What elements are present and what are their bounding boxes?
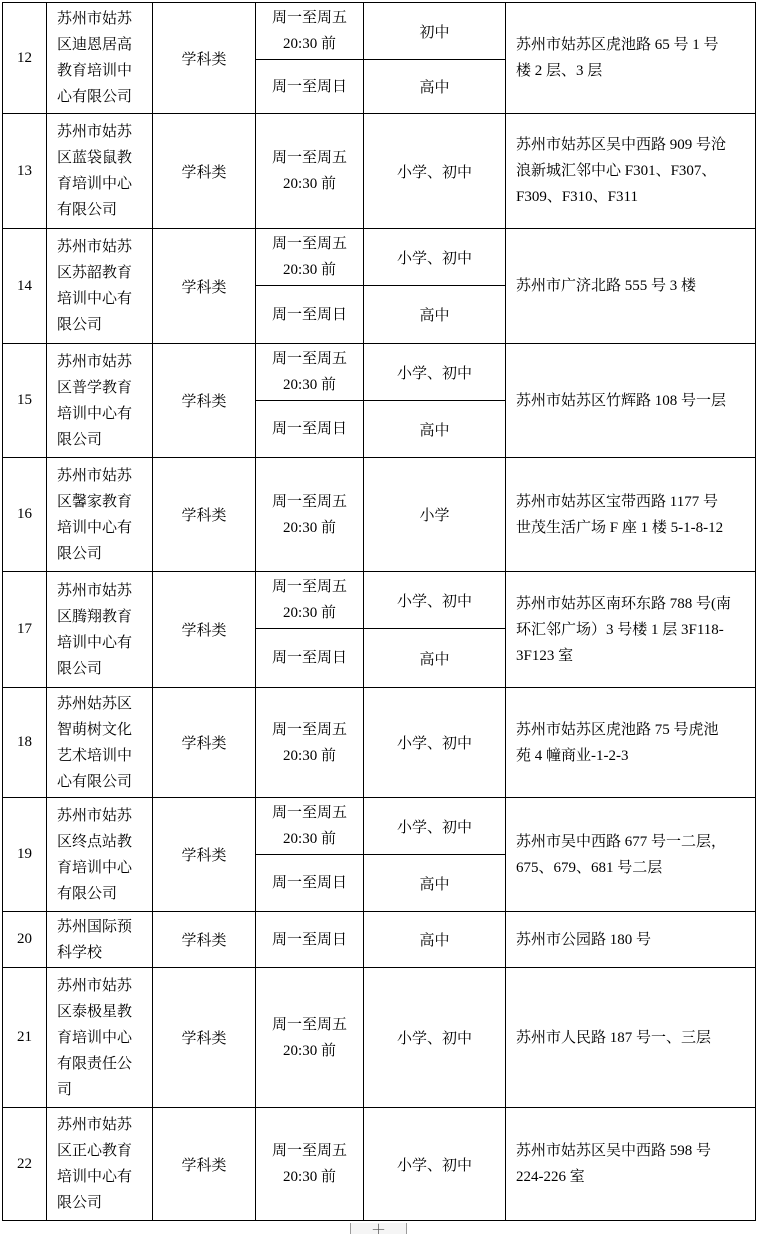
address-cell: 苏州市姑苏区吴中西路 909 号沧浪新城汇邻中心 F301、F307、F309、… bbox=[506, 114, 756, 229]
schedule-time-line1: 周一至周日 bbox=[256, 870, 363, 896]
row-number: 19 bbox=[3, 798, 47, 912]
address: 苏州市姑苏区竹辉路 108 号一层 bbox=[516, 388, 732, 414]
address-cell: 苏州市姑苏区竹辉路 108 号一层 bbox=[506, 344, 756, 458]
org-name-cell: 苏州姑苏区智萌树文化艺术培训中心有限公司 bbox=[47, 688, 153, 798]
schedule-time-cell: 周一至周五 20:30 前 bbox=[256, 1108, 364, 1221]
row-number: 21 bbox=[3, 968, 47, 1108]
org-name-cell: 苏州市姑苏区蓝袋鼠教育培训中心有限公司 bbox=[47, 114, 153, 229]
grade-cell: 小学、初中 bbox=[364, 1108, 506, 1221]
address: 苏州市姑苏区虎池路 75 号虎池苑 4 幢商业-1-2-3 bbox=[516, 717, 732, 769]
schedule-time-line1: 周一至周五 bbox=[256, 1012, 363, 1038]
category-cell: 学科类 bbox=[153, 912, 256, 968]
address: 苏州市姑苏区南环东路 788 号(南环汇邻广场）3 号楼 1 层 3F118-3… bbox=[516, 591, 732, 669]
org-name: 苏州市姑苏区普学教育培训中心有限公司 bbox=[57, 349, 137, 453]
schedule-time-cell: 周一至周日 bbox=[256, 60, 364, 114]
schedule-time-line1: 周一至周五 bbox=[256, 489, 363, 515]
schedule-time-line2: 20:30 前 bbox=[256, 171, 363, 197]
grade-cell: 小学、初中 bbox=[364, 114, 506, 229]
org-name: 苏州市姑苏区迪恩居高教育培训中心有限公司 bbox=[57, 6, 137, 110]
category-cell: 学科类 bbox=[153, 572, 256, 688]
schedule-time-line1: 周一至周五 bbox=[256, 346, 363, 372]
org-name-cell: 苏州市姑苏区腾翔教育培训中心有限公司 bbox=[47, 572, 153, 688]
grade-cell: 高中 bbox=[364, 286, 506, 344]
table-row: 22 苏州市姑苏区正心教育培训中心有限公司 学科类 周一至周五 20:30 前 … bbox=[3, 1108, 756, 1221]
grade-cell: 小学、初中 bbox=[364, 344, 506, 401]
address: 苏州市人民路 187 号一、三层 bbox=[516, 1025, 732, 1051]
org-name: 苏州市姑苏区正心教育培训中心有限公司 bbox=[57, 1112, 137, 1216]
category-cell: 学科类 bbox=[153, 3, 256, 114]
category-cell: 学科类 bbox=[153, 798, 256, 912]
schedule-time-cell: 周一至周五 20:30 前 bbox=[256, 798, 364, 855]
address-cell: 苏州市姑苏区虎池路 65 号 1 号楼 2 层、3 层 bbox=[506, 3, 756, 114]
grade-cell: 小学 bbox=[364, 458, 506, 572]
schedule-time-line2: 20:30 前 bbox=[256, 743, 363, 769]
schedule-time-cell: 周一至周日 bbox=[256, 286, 364, 344]
org-name-cell: 苏州国际预科学校 bbox=[47, 912, 153, 968]
schedule-time-line1: 周一至周五 bbox=[256, 574, 363, 600]
schedule-time-line1: 周一至周日 bbox=[256, 645, 363, 671]
institutions-table: 12 苏州市姑苏区迪恩居高教育培训中心有限公司 学科类 周一至周五 20:30 … bbox=[2, 2, 756, 1221]
table-row: 14 苏州市姑苏区苏韶教育培训中心有限公司 学科类 周一至周五 20:30 前 … bbox=[3, 229, 756, 286]
category-cell: 学科类 bbox=[153, 1108, 256, 1221]
schedule-time-cell: 周一至周五 20:30 前 bbox=[256, 114, 364, 229]
address: 苏州市广济北路 555 号 3 楼 bbox=[516, 273, 732, 299]
address-cell: 苏州市姑苏区吴中西路 598 号 224-226 室 bbox=[506, 1108, 756, 1221]
org-name-cell: 苏州市姑苏区泰极星教育培训中心有限责任公司 bbox=[47, 968, 153, 1108]
schedule-time-cell: 周一至周日 bbox=[256, 401, 364, 458]
org-name-cell: 苏州市姑苏区馨家教育培训中心有限公司 bbox=[47, 458, 153, 572]
grade-cell: 小学、初中 bbox=[364, 968, 506, 1108]
schedule-time-cell: 周一至周日 bbox=[256, 855, 364, 912]
table-row: 16 苏州市姑苏区馨家教育培训中心有限公司 学科类 周一至周五 20:30 前 … bbox=[3, 458, 756, 572]
category-cell: 学科类 bbox=[153, 458, 256, 572]
schedule-time-line1: 周一至周日 bbox=[256, 74, 363, 100]
schedule-time-line1: 周一至周日 bbox=[256, 416, 363, 442]
org-name-cell: 苏州市姑苏区终点站教育培训中心有限公司 bbox=[47, 798, 153, 912]
category-cell: 学科类 bbox=[153, 688, 256, 798]
org-name-cell: 苏州市姑苏区普学教育培训中心有限公司 bbox=[47, 344, 153, 458]
schedule-time-cell: 周一至周日 bbox=[256, 912, 364, 968]
row-number: 22 bbox=[3, 1108, 47, 1221]
grade-cell: 高中 bbox=[364, 629, 506, 688]
schedule-time-cell: 周一至周五 20:30 前 bbox=[256, 458, 364, 572]
table-row: 19 苏州市姑苏区终点站教育培训中心有限公司 学科类 周一至周五 20:30 前… bbox=[3, 798, 756, 855]
org-name: 苏州市姑苏区馨家教育培训中心有限公司 bbox=[57, 463, 137, 567]
schedule-time-line1: 周一至周五 bbox=[256, 231, 363, 257]
grade-cell: 小学、初中 bbox=[364, 688, 506, 798]
schedule-time-cell: 周一至周日 bbox=[256, 629, 364, 688]
address-cell: 苏州市姑苏区虎池路 75 号虎池苑 4 幢商业-1-2-3 bbox=[506, 688, 756, 798]
zoom-in-button[interactable]: ＋ bbox=[350, 1223, 407, 1234]
table-row: 21 苏州市姑苏区泰极星教育培训中心有限责任公司 学科类 周一至周五 20:30… bbox=[3, 968, 756, 1108]
grade-cell: 小学、初中 bbox=[364, 229, 506, 286]
address: 苏州市公园路 180 号 bbox=[516, 927, 732, 953]
grade-cell: 高中 bbox=[364, 855, 506, 912]
address: 苏州市姑苏区吴中西路 598 号 224-226 室 bbox=[516, 1138, 732, 1190]
schedule-time-cell: 周一至周五 20:30 前 bbox=[256, 968, 364, 1108]
org-name: 苏州姑苏区智萌树文化艺术培训中心有限公司 bbox=[57, 691, 137, 795]
address-cell: 苏州市吴中西路 677 号一二层，675、679、681 号二层 bbox=[506, 798, 756, 912]
schedule-time-line2: 20:30 前 bbox=[256, 600, 363, 626]
schedule-time-line2: 20:30 前 bbox=[256, 1164, 363, 1190]
table-row: 13 苏州市姑苏区蓝袋鼠教育培训中心有限公司 学科类 周一至周五 20:30 前… bbox=[3, 114, 756, 229]
table-row: 17 苏州市姑苏区腾翔教育培训中心有限公司 学科类 周一至周五 20:30 前 … bbox=[3, 572, 756, 629]
schedule-time-line2: 20:30 前 bbox=[256, 372, 363, 398]
row-number: 13 bbox=[3, 114, 47, 229]
grade-cell: 小学、初中 bbox=[364, 572, 506, 629]
schedule-time-line1: 周一至周日 bbox=[256, 302, 363, 328]
org-name: 苏州市姑苏区蓝袋鼠教育培训中心有限公司 bbox=[57, 119, 137, 223]
grade-cell: 高中 bbox=[364, 912, 506, 968]
org-name: 苏州市姑苏区苏韶教育培训中心有限公司 bbox=[57, 234, 137, 338]
row-number: 18 bbox=[3, 688, 47, 798]
row-number: 16 bbox=[3, 458, 47, 572]
grade-cell: 高中 bbox=[364, 60, 506, 114]
org-name: 苏州市姑苏区腾翔教育培训中心有限公司 bbox=[57, 578, 137, 682]
table-row: 18 苏州姑苏区智萌树文化艺术培训中心有限公司 学科类 周一至周五 20:30 … bbox=[3, 688, 756, 798]
schedule-time-line2: 20:30 前 bbox=[256, 826, 363, 852]
schedule-time-line2: 20:30 前 bbox=[256, 1038, 363, 1064]
org-name: 苏州国际预科学校 bbox=[57, 914, 137, 966]
row-number: 14 bbox=[3, 229, 47, 344]
schedule-time-line1: 周一至周五 bbox=[256, 1138, 363, 1164]
row-number: 15 bbox=[3, 344, 47, 458]
schedule-time-line2: 20:30 前 bbox=[256, 515, 363, 541]
schedule-time-line2: 20:30 前 bbox=[256, 257, 363, 283]
address-cell: 苏州市人民路 187 号一、三层 bbox=[506, 968, 756, 1108]
row-number: 12 bbox=[3, 3, 47, 114]
schedule-time-line1: 周一至周五 bbox=[256, 800, 363, 826]
schedule-time-cell: 周一至周五 20:30 前 bbox=[256, 3, 364, 60]
schedule-time-line1: 周一至周日 bbox=[256, 927, 363, 953]
category-cell: 学科类 bbox=[153, 344, 256, 458]
schedule-time-line1: 周一至周五 bbox=[256, 5, 363, 31]
schedule-time-line2: 20:30 前 bbox=[256, 31, 363, 57]
address: 苏州市姑苏区虎池路 65 号 1 号楼 2 层、3 层 bbox=[516, 32, 732, 84]
address: 苏州市吴中西路 677 号一二层，675、679、681 号二层 bbox=[516, 829, 732, 881]
table-row: 20 苏州国际预科学校 学科类 周一至周日 高中 苏州市公园路 180 号 bbox=[3, 912, 756, 968]
row-number: 20 bbox=[3, 912, 47, 968]
schedule-time-line1: 周一至周五 bbox=[256, 145, 363, 171]
schedule-time-cell: 周一至周五 20:30 前 bbox=[256, 572, 364, 629]
org-name: 苏州市姑苏区终点站教育培训中心有限公司 bbox=[57, 803, 137, 907]
address: 苏州市姑苏区吴中西路 909 号沧浪新城汇邻中心 F301、F307、F309、… bbox=[516, 132, 732, 210]
org-name: 苏州市姑苏区泰极星教育培训中心有限责任公司 bbox=[57, 973, 137, 1103]
category-cell: 学科类 bbox=[153, 229, 256, 344]
org-name-cell: 苏州市姑苏区苏韶教育培训中心有限公司 bbox=[47, 229, 153, 344]
grade-cell: 初中 bbox=[364, 3, 506, 60]
address: 苏州市姑苏区宝带西路 1177 号世茂生活广场 F 座 1 楼 5-1-8-12 bbox=[516, 489, 732, 541]
schedule-time-cell: 周一至周五 20:30 前 bbox=[256, 229, 364, 286]
schedule-time-cell: 周一至周五 20:30 前 bbox=[256, 344, 364, 401]
schedule-time-line1: 周一至周五 bbox=[256, 717, 363, 743]
address-cell: 苏州市姑苏区南环东路 788 号(南环汇邻广场）3 号楼 1 层 3F118-3… bbox=[506, 572, 756, 688]
table-row: 15 苏州市姑苏区普学教育培训中心有限公司 学科类 周一至周五 20:30 前 … bbox=[3, 344, 756, 401]
grade-cell: 小学、初中 bbox=[364, 798, 506, 855]
table-row: 12 苏州市姑苏区迪恩居高教育培训中心有限公司 学科类 周一至周五 20:30 … bbox=[3, 3, 756, 60]
address-cell: 苏州市公园路 180 号 bbox=[506, 912, 756, 968]
category-cell: 学科类 bbox=[153, 968, 256, 1108]
org-name-cell: 苏州市姑苏区迪恩居高教育培训中心有限公司 bbox=[47, 3, 153, 114]
address-cell: 苏州市姑苏区宝带西路 1177 号世茂生活广场 F 座 1 楼 5-1-8-12 bbox=[506, 458, 756, 572]
row-number: 17 bbox=[3, 572, 47, 688]
org-name-cell: 苏州市姑苏区正心教育培训中心有限公司 bbox=[47, 1108, 153, 1221]
schedule-time-cell: 周一至周五 20:30 前 bbox=[256, 688, 364, 798]
address-cell: 苏州市广济北路 555 号 3 楼 bbox=[506, 229, 756, 344]
document-page: 12 苏州市姑苏区迪恩居高教育培训中心有限公司 学科类 周一至周五 20:30 … bbox=[0, 0, 758, 1234]
grade-cell: 高中 bbox=[364, 401, 506, 458]
category-cell: 学科类 bbox=[153, 114, 256, 229]
